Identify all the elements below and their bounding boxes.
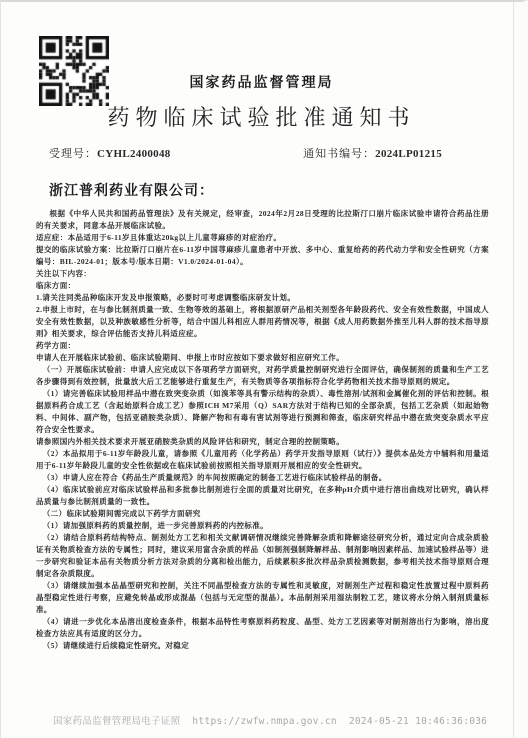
paragraph: 申请人在开展临床试验前、临床试验期间、申报上市时应按如下要求做好相应研究工作。 <box>36 352 489 364</box>
recipient-name: 浙江普利药业有限公司： <box>49 180 522 200</box>
footer-url: https://zwfw.nmpa.gov.cn <box>192 716 336 727</box>
certificate-page: 国家药品监督管理局 药物临床试验批准通知书 受理号：CYHL2400048 通知… <box>0 0 528 738</box>
paragraph: 适应症：本品适用于6-11岁且体重达20kg以上儿童荨麻疹的对症治疗。 <box>36 232 489 244</box>
paragraph: （2）本品拟用于6-11岁年龄段儿童，请参照《儿童用药（化学药品）药学开发指导原… <box>36 448 489 472</box>
paragraph: （二）临床试验期间需完成以下药学方面研究 <box>36 508 489 520</box>
paragraph: 请参照国内外相关技术要求开展亚硝胺类杂质的风险评估和研究，制定合理的控制策略。 <box>36 436 489 448</box>
paragraph: （一）开展临床试验前：申请人应完成以下各项药学方面研究，对药学质量控制研究进行全… <box>36 364 489 388</box>
meta-row: 受理号：CYHL2400048 通知书编号：2024LP01215 <box>1 145 522 161</box>
acceptance-number-value: CYHL2400048 <box>97 148 171 160</box>
qr-code-icon <box>39 36 109 106</box>
document-body: 根据《中华人民共和国药品管理法》及有关规定，经审查，2024年2月28日受理的比… <box>36 208 489 652</box>
acceptance-number: 受理号：CYHL2400048 <box>49 145 171 161</box>
paragraph: 根据《中华人民共和国药品管理法》及有关规定，经审查，2024年2月28日受理的比… <box>36 208 489 232</box>
paragraph: （2）请结合原料药结构特点、制剂处方工艺和相关文献调研情况继续完善降解杂质和降解… <box>36 532 489 580</box>
paragraph: 提交的临床试验方案：比拉斯汀口崩片在6-11岁中国荨麻疹儿童患者中开放、多中心、… <box>36 244 489 268</box>
notice-number-value: 2024LP01215 <box>375 148 442 160</box>
acceptance-number-label: 受理号： <box>49 148 97 160</box>
paragraph: 2.申报上市时，在与参比制剂质量一致、生物等效的基础上，将根据原研产品相关剂型各… <box>36 304 489 340</box>
paragraph: 临床方面： <box>36 280 489 292</box>
footer-issuer: 国家药品监督管理局电子证照 <box>53 716 180 727</box>
footer-timestamp: 2024-05-21 10:46:36:036 <box>349 716 487 727</box>
paragraph: （3）请继续加强本品晶型研究和控制，关注不同晶型检查方法的专属性和灵敏度，对制剂… <box>36 580 489 616</box>
paragraph: （4）请进一步优化本品溶出度检查条件，根据本品特性考察原料药粒度、晶型、处方工艺… <box>36 616 489 640</box>
paragraph: （5）请继续进行后续稳定性研究。对稳定 <box>36 640 489 652</box>
paragraph: 药学方面： <box>36 340 489 352</box>
paragraph: （4）临床试验前应对临床试验样品和多批参比制剂进行全面的质量对比研究，在多种pH… <box>36 484 489 508</box>
paragraph: 关注以下内容： <box>36 268 489 280</box>
notice-number: 通知书编号：2024LP01215 <box>303 145 442 161</box>
footer: 国家药品监督管理局电子证照https://zwfw.nmpa.gov.cn202… <box>53 713 499 727</box>
paragraph: （3）申请人应在符合《药品生产质量规范》的车间按照确定的制备工艺进行临床试验样品… <box>36 472 489 484</box>
paragraph: （1）请加强原料药的质量控制，进一步完善原料药的内控标准。 <box>36 520 489 532</box>
paragraph: （1）请完善临床试验用样品中潜在致突变杂质（如溴苯等具有警示结构的杂质）、毒性溶… <box>36 388 489 436</box>
notice-number-label: 通知书编号： <box>303 148 375 160</box>
paragraph: 1.请关注同类品种临床开发及申报策略，必要时可考虑调整临床研发计划。 <box>36 292 489 304</box>
